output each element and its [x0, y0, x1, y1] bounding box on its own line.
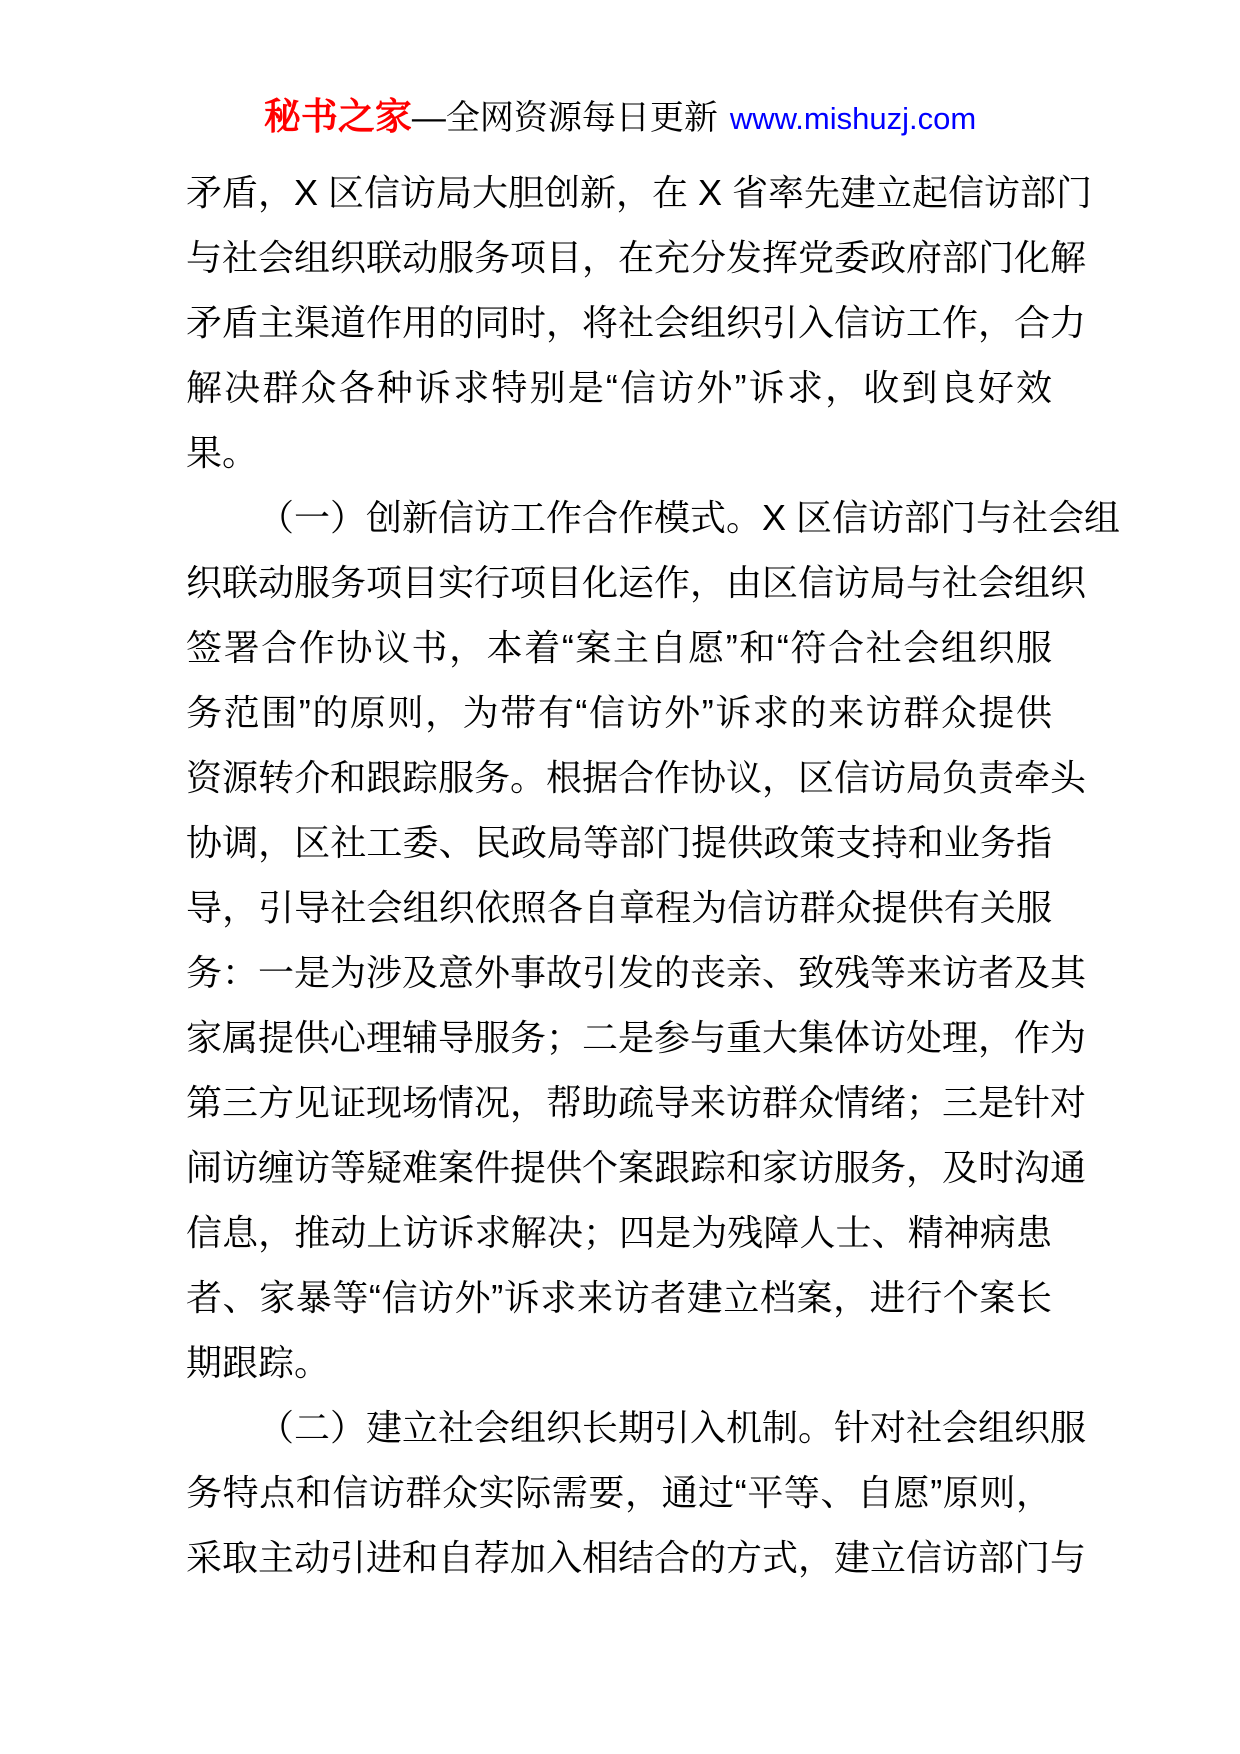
- site-tagline: —全网资源每日更新: [412, 99, 718, 137]
- text-line: 签署合作协议书，本着“案主自愿”和“符合社会组织服: [186, 615, 1052, 680]
- text-line: 务范围”的原则，为带有“信访外”诉求的来访群众提供: [186, 680, 1052, 745]
- document-page: 秘书之家—全网资源每日更新www.mishuzj.com 矛盾，X 区信访局大胆…: [0, 0, 1240, 1754]
- text-line-section-2: （二）建立社会组织长期引入机制。针对社会组织服: [186, 1395, 1052, 1460]
- site-url-link[interactable]: www.mishuzj.com: [730, 101, 976, 136]
- text-line: 期跟踪。: [186, 1330, 1052, 1395]
- document-body: 矛盾，X 区信访局大胆创新，在 X 省率先建立起信访部门 与社会组织联动服务项目…: [186, 160, 1052, 1590]
- text-line: 与社会组织联动服务项目，在充分发挥党委政府部门化解: [186, 225, 1052, 290]
- text-line: 织联动服务项目实行项目化运作，由区信访局与社会组织: [186, 550, 1052, 615]
- text-line: 解决群众各种诉求特别是“信访外”诉求，收到良好效: [186, 355, 1052, 420]
- text-line: 果。: [186, 420, 1052, 485]
- text-line: 采取主动引进和自荐加入相结合的方式，建立信访部门与: [186, 1525, 1052, 1590]
- text-line: 家属提供心理辅导服务；二是参与重大集体访处理，作为: [186, 1005, 1052, 1070]
- text-line: 第三方见证现场情况，帮助疏导来访群众情绪；三是针对: [186, 1070, 1052, 1135]
- text-line-section-1: （一）创新信访工作合作模式。X 区信访部门与社会组: [186, 485, 1052, 550]
- site-brand: 秘书之家: [264, 96, 412, 137]
- text-line: 协调，区社工委、民政局等部门提供政策支持和业务指: [186, 810, 1052, 875]
- text-line: 务：一是为涉及意外事故引发的丧亲、致残等来访者及其: [186, 940, 1052, 1005]
- text-line: 资源转介和跟踪服务。根据合作协议，区信访局负责牵头: [186, 745, 1052, 810]
- text-line: 务特点和信访群众实际需要，通过“平等、自愿”原则，: [186, 1460, 1052, 1525]
- site-header: 秘书之家—全网资源每日更新www.mishuzj.com: [0, 92, 1240, 142]
- text-line: 导，引导社会组织依照各自章程为信访群众提供有关服: [186, 875, 1052, 940]
- text-line: 信息，推动上访诉求解决；四是为残障人士、精神病患: [186, 1200, 1052, 1265]
- text-line: 矛盾主渠道作用的同时，将社会组织引入信访工作，合力: [186, 290, 1052, 355]
- text-line: 闹访缠访等疑难案件提供个案跟踪和家访服务，及时沟通: [186, 1135, 1052, 1200]
- text-line: 矛盾，X 区信访局大胆创新，在 X 省率先建立起信访部门: [186, 160, 1052, 225]
- text-line: 者、家暴等“信访外”诉求来访者建立档案，进行个案长: [186, 1265, 1052, 1330]
